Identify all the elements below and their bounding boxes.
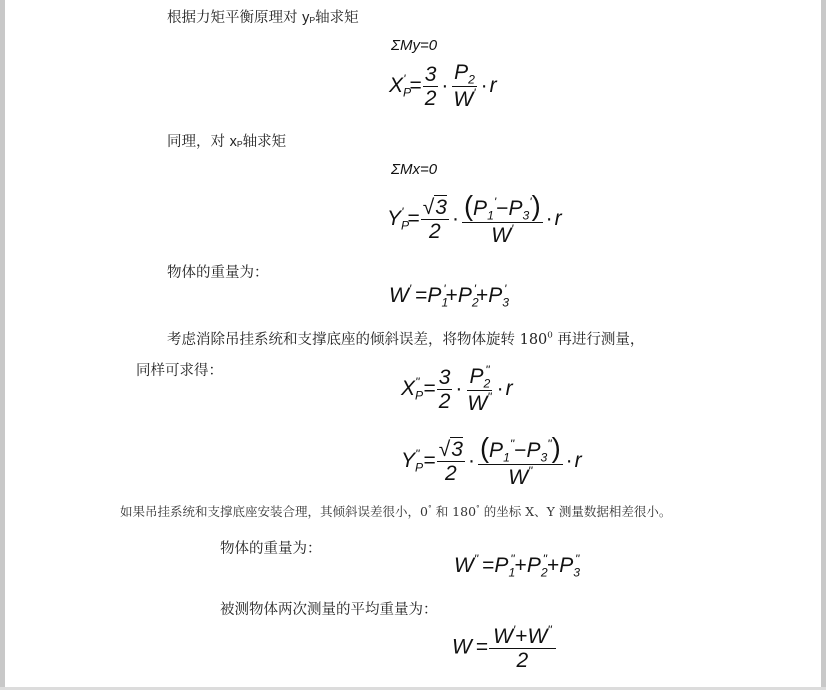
paragraph-weight-1: 物体的重量为： [167, 261, 269, 282]
paragraph-weight-2: 物体的重量为： [220, 537, 322, 558]
equation-w-double-prime: W"=P1"+P2"+P3" [454, 552, 579, 579]
text: 轴求矩 [315, 10, 359, 26]
document-page: 根据力矩平衡原理对 yP轴求矩 ΣMy=0 XP'=32·P2W'·r 同理，对… [5, 0, 821, 687]
equation-xp-double-prime: XP"=32·P2"W"·r [401, 364, 513, 415]
paragraph-moment-x: 同理，对 xP轴求矩 [167, 130, 286, 151]
var-y: yP [302, 10, 315, 26]
paragraph-average-weight: 被测物体两次测量的平均重量为： [220, 598, 438, 619]
paragraph-moment-y: 根据力矩平衡原理对 yP轴求矩 [167, 6, 359, 27]
equation-yp-prime: YP'=√32·(P1'−P3')W'·r [387, 192, 562, 247]
equation-xp-prime: XP'=32·P2W'·r [389, 62, 497, 111]
text: 根据力矩平衡原理对 [167, 10, 302, 26]
equation-sum-my: ΣMy=0 [391, 37, 437, 54]
equation-yp-double-prime: YP"=√32·(P1"−P3")W"·r [401, 434, 582, 489]
paragraph-rotate-line2: 同样可求得： [136, 359, 223, 380]
equation-sum-mx: ΣMx=0 [391, 161, 437, 178]
equation-w-average: W=W'+W"2 [452, 624, 557, 672]
paragraph-tilt-note: 如果吊挂系统和支撑底座安装合理，其倾斜误差很小，0° 和 180° 的坐标 X、… [120, 502, 671, 520]
paragraph-rotate-line1: 考虑消除吊挂系统和支撑底座的倾斜误差，将物体旋转 1800 再进行测量， [167, 328, 644, 349]
equation-w-prime: W'=P1'+P2'+P3' [389, 282, 506, 309]
